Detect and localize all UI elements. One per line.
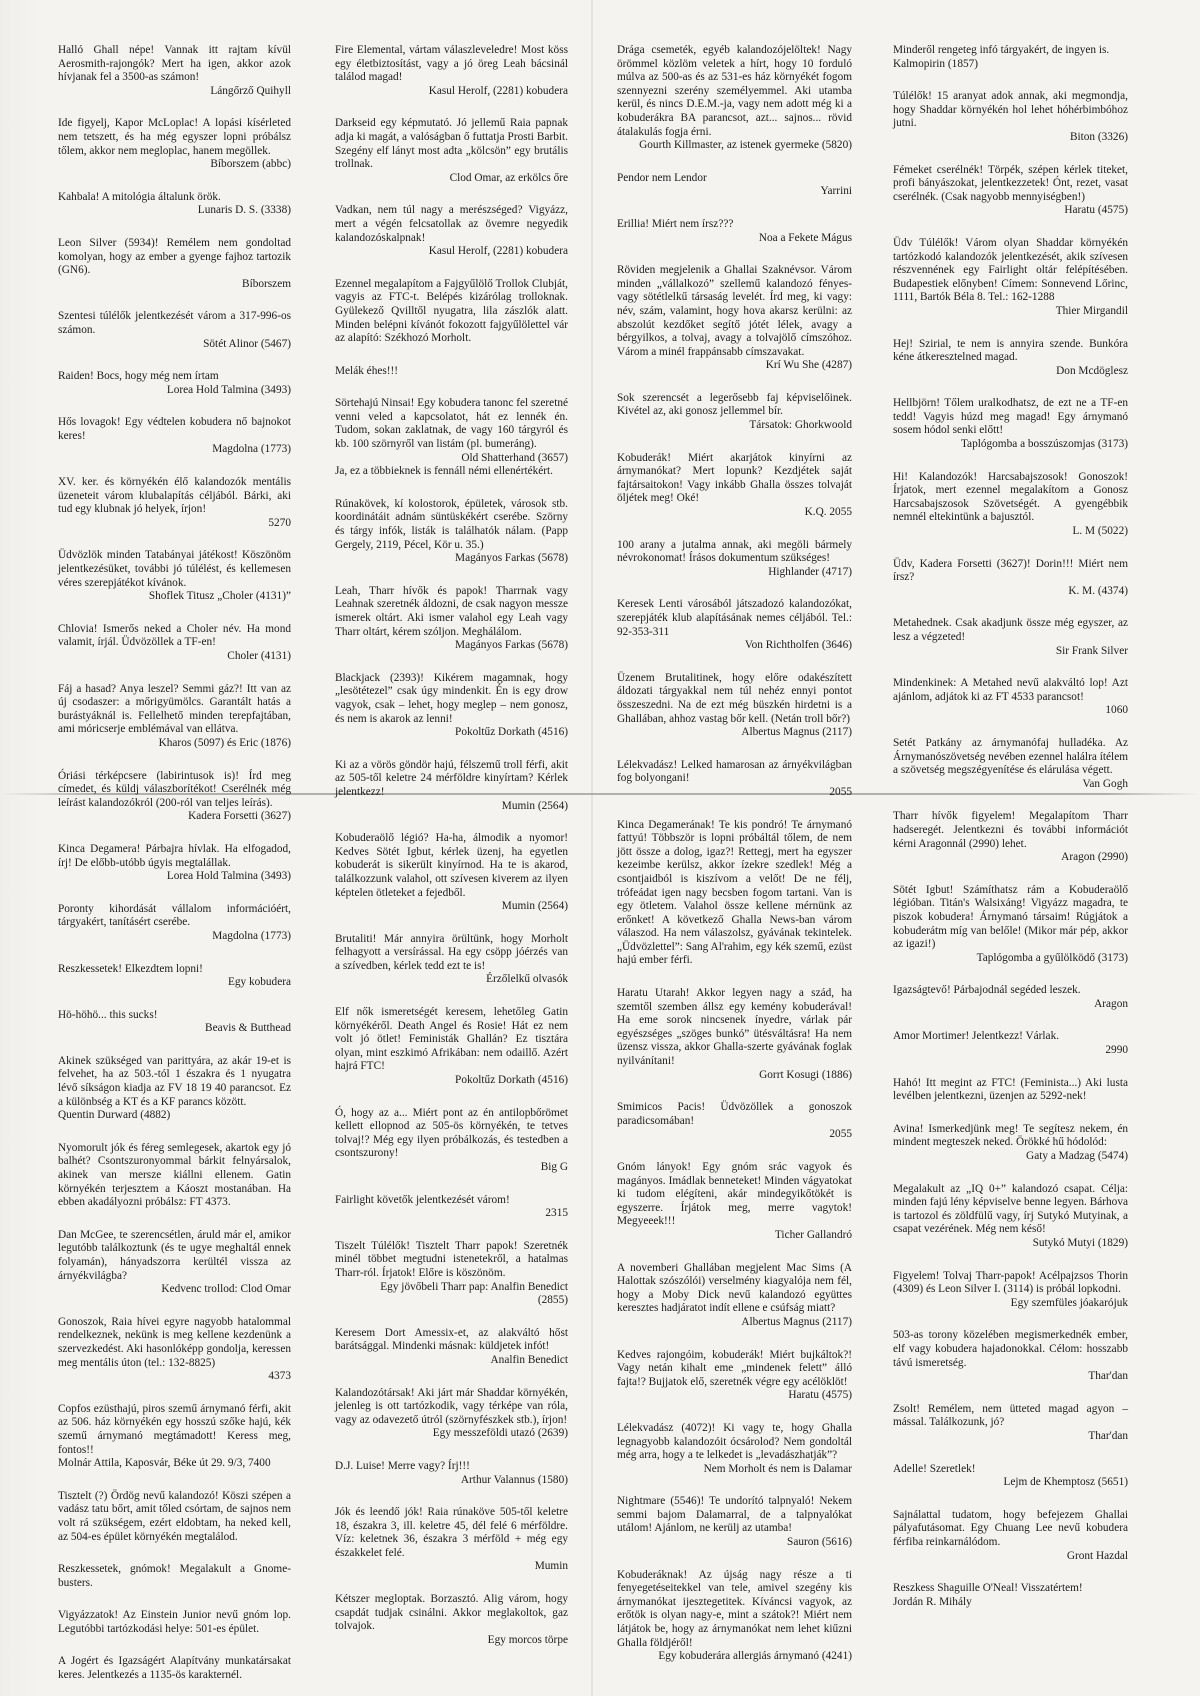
classified-ad: Fáj a hasad? Anya leszel? Semmi gáz?! It… <box>58 683 291 751</box>
ad-text: Amor Mortimer! Jelentkezz! Várlak. <box>893 1030 1128 1044</box>
ad-text: Tisztelt (?) Ördög nevű kalandozó! Köszi… <box>58 1490 291 1544</box>
ad-text: Minderől rengeteg infó tárgyakért, de in… <box>893 44 1128 58</box>
classified-ad: Kahbala! A mitológia általunk örök.Lunar… <box>58 191 291 218</box>
ad-signature: Lorea Hold Talmina (3493) <box>58 870 291 884</box>
classified-ad: Ó, hogy az a... Miért pont az én antilop… <box>335 1107 568 1175</box>
ad-signature: 2055 <box>617 786 852 800</box>
ad-text: Halló Ghall népe! Vannak itt rajtam kívü… <box>58 44 291 85</box>
classified-ad: Figyelem! Tolvaj Tharr-papok! Acélpajzso… <box>893 1270 1128 1311</box>
ad-text: D.J. Luise! Merre vagy? Írj!!! <box>335 1460 568 1474</box>
classified-ad: Reszkess Shaguille O'Neal! Visszatértem!… <box>893 1582 1128 1609</box>
ad-signature: Aragon (2990) <box>893 851 1128 865</box>
ad-signature: Pokoltűz Dorkath (4516) <box>335 1074 568 1088</box>
classified-ad: Ezennel megalapítom a Fajgyűlölő Trollok… <box>335 278 568 346</box>
ad-signature: Thar'dan <box>893 1430 1128 1444</box>
ad-text: Hi! Kalandozók! Harcsabajszosok! Gonoszo… <box>893 471 1128 525</box>
classified-ad: Üzenem Brutalitinek, hogy előre odakészí… <box>617 672 852 740</box>
fold-line-vertical <box>591 0 593 1696</box>
classified-ad: Metahednek. Csak akadjunk össze még egys… <box>893 617 1128 658</box>
ad-text: Nightmare (5546)! Te undorító talpnyaló!… <box>617 1495 852 1536</box>
ad-text: XV. ker. és környékén élő kalandozók men… <box>58 476 291 517</box>
classified-ad: Haratu Utarah! Akkor legyen nagy a szád,… <box>617 987 852 1082</box>
ad-signature: Taplógomba a bosszúszomjas (3173) <box>893 438 1128 452</box>
ad-signature: Lejm de Khemptosz (5651) <box>893 1476 1128 1490</box>
ad-text: Jók és leendő jók! Raia rúnaköve 505-től… <box>335 1506 568 1560</box>
classified-ad: Gonoszok, Raia hívei egyre nagyobb hatal… <box>58 1316 291 1384</box>
ad-text: Drága csemeték, egyéb kalandozójelöltek!… <box>617 44 852 139</box>
ad-signature: Yarrini <box>617 185 852 199</box>
ad-signature: Kadera Forsetti (3627) <box>58 810 291 824</box>
ad-text: Kinca Degamera! Párbajra hívlak. Ha elfo… <box>58 843 291 870</box>
ad-signature: Shoflek Titusz „Choler (4131)” <box>58 590 291 604</box>
ad-signature: Clod Omar, az erkölcs őre <box>335 172 568 186</box>
ad-text: Kalandozótársak! Aki járt már Shaddar kö… <box>335 1387 568 1428</box>
ad-signature: Don Mcdöglesz <box>893 365 1128 379</box>
ad-text: Röviden megjelenik a Ghallai Szaknévsor.… <box>617 264 852 359</box>
ad-signature: 2055 <box>617 1128 852 1142</box>
ad-text: Üdv Túlélők! Várom olyan Shaddar környék… <box>893 237 1128 305</box>
classified-ad: Hős lovagok! Egy védtelen kobudera nő ba… <box>58 416 291 457</box>
ad-text: Vigyázzatok! Az Einstein Junior nevű gnó… <box>58 1609 291 1636</box>
ad-text: Igazságtevő! Párbajodnál segéded leszek. <box>893 984 1128 998</box>
ad-text: Fire Elemental, vártam válaszleveledre! … <box>335 44 568 85</box>
classified-ad: Igazságtevő! Párbajodnál segéded leszek.… <box>893 984 1128 1011</box>
classified-ad: Nyomorult jók és féreg semlegesek, akart… <box>58 1142 291 1210</box>
ad-signature: Egy kobuderára allergiás árnymanó (4241) <box>617 1650 852 1664</box>
classified-ad: Erillia! Miért nem írsz???Noa a Fekete M… <box>617 218 852 245</box>
classified-ad: Sajnálattal tudatom, hogy befejezem Ghal… <box>893 1509 1128 1563</box>
ad-signature: Sauron (5616) <box>617 1536 852 1550</box>
ad-signature: Sötét Alinor (5467) <box>58 338 291 352</box>
ad-signature: K. M. (4374) <box>893 585 1128 599</box>
classified-ad: Sörtehajú Ninsai! Egy kobudera tanonc fe… <box>335 397 568 479</box>
ad-text: Sötét Igbut! Számíthatsz rám a Kobuderaö… <box>893 884 1128 952</box>
ad-text: Brutaliti! Már annyira örültünk, hogy Mo… <box>335 933 568 974</box>
ad-signature: Egy morcos törpe <box>335 1634 568 1648</box>
column-2: Fire Elemental, vártam válaszleveledre! … <box>335 44 568 1666</box>
ad-text: Copfos ezüsthajú, piros szemű árnymanó f… <box>58 1403 291 1457</box>
classified-ad: Jók és leendő jók! Raia rúnaköve 505-től… <box>335 1506 568 1574</box>
ad-signature: Kharos (5097) és Eric (1876) <box>58 737 291 751</box>
classified-ad: Pendor nem LendorYarrini <box>617 172 852 199</box>
ad-text: A novemberi Ghallában megjelent Mac Sims… <box>617 1262 852 1316</box>
ad-text: Haratu Utarah! Akkor legyen nagy a szád,… <box>617 987 852 1069</box>
column-3: Drága csemeték, egyéb kalandozójelöltek!… <box>617 44 852 1683</box>
ad-text: Keresem Dort Amessix-et, az alakváltó hő… <box>335 1327 568 1354</box>
classified-ad: Hej! Szirial, te nem is annyira szende. … <box>893 338 1128 379</box>
ad-text: Rúnakövek, kí kolostorok, épületek, váro… <box>335 498 568 552</box>
ad-text: Hős lovagok! Egy védtelen kobudera nő ba… <box>58 416 291 443</box>
column-1: Halló Ghall népe! Vannak itt rajtam kívü… <box>58 44 291 1696</box>
classified-ad: Sötét Igbut! Számíthatsz rám a Kobuderaö… <box>893 884 1128 966</box>
ad-signature: L. M (5022) <box>893 525 1128 539</box>
ad-signature: 4373 <box>58 1370 291 1384</box>
classified-ad: 100 arany a jutalma annak, aki megöli bá… <box>617 539 852 580</box>
classified-ad: Tiszelt Túlélők! Tisztelt Tharr papok! S… <box>335 1240 568 1308</box>
ad-text: Raiden! Bocs, hogy még nem írtam <box>58 370 291 384</box>
ad-signature: 2315 <box>335 1207 568 1221</box>
classified-ad: Üdv Túlélők! Várom olyan Shaddar környék… <box>893 237 1128 319</box>
classified-ad: Kétszer megloptak. Borzasztó. Alig várom… <box>335 1593 568 1647</box>
ad-signature: Érzőlelkű olvasók <box>335 973 568 987</box>
classified-ad: Leah, Tharr hívők és papok! Tharrnak vag… <box>335 585 568 653</box>
ad-text: Szentesi túlélők jelentkezését várom a 3… <box>58 310 291 337</box>
ad-text: Sok szerencsét a legerősebb faj képvisel… <box>617 392 852 419</box>
classified-ad: Kinca Degamerának! Te kis pondró! Te árn… <box>617 819 852 969</box>
ad-text: Setét Patkány az árnymanófaj hulladéka. … <box>893 737 1128 778</box>
classified-ad: Smimicos Pacis! Üdvözöllek a gonoszok pa… <box>617 1101 852 1142</box>
ad-signature: Gourth Killmaster, az istenek gyermeke (… <box>617 139 852 153</box>
ad-text: Megalakult az „IQ 0+” kalandozó csapat. … <box>893 1183 1128 1237</box>
ad-text: Adelle! Szeretlek! <box>893 1463 1128 1477</box>
ad-signature: 2990 <box>893 1044 1128 1058</box>
ad-signature: Jordán R. Mihály <box>893 1596 1128 1610</box>
ad-signature: Mumin <box>335 1560 568 1574</box>
classified-ad: Avina! Ismerkedjünk meg! Te segítesz nek… <box>893 1123 1128 1164</box>
classified-ad: Rúnakövek, kí kolostorok, épületek, váro… <box>335 498 568 566</box>
classified-ad: Lélekvadász (4072)! Ki vagy te, hogy Gha… <box>617 1422 852 1476</box>
ad-signature: Beavis & Butthead <box>58 1022 291 1036</box>
ad-signature: Egy jövőbeli Tharr pap: Analfin Benedict… <box>335 1281 568 1308</box>
ad-postscript: Ja, ez a többieknek is fennáll némi elle… <box>335 465 568 479</box>
ad-signature: Kasul Herolf, (2281) kobudera <box>335 85 568 99</box>
classified-ad: Minderől rengeteg infó tárgyakért, de in… <box>893 44 1128 71</box>
ad-text: Metahednek. Csak akadjunk össze még egys… <box>893 617 1128 644</box>
classified-ad: Hellbjörn! Tőlem uralkodhatsz, de ezt ne… <box>893 397 1128 451</box>
ad-signature: Nem Morholt és nem is Dalamar <box>617 1463 852 1477</box>
classified-ad: Fémeket cserélnék! Törpék, szépen kérlek… <box>893 164 1128 218</box>
classified-ad: Túlélők! 15 aranyat adok annak, aki megm… <box>893 90 1128 144</box>
ad-text: Keresek Lenti városából játszadozó kalan… <box>617 598 852 639</box>
classified-ad: Üdv, Kadera Forsetti (3627)! Dorin!!! Mi… <box>893 558 1128 599</box>
ad-text: A Jogért és Igazságért Alapítvány munkat… <box>58 1655 291 1682</box>
ad-text: Lélekvadász (4072)! Ki vagy te, hogy Gha… <box>617 1422 852 1463</box>
ad-signature: Gaty a Madzag (5474) <box>893 1150 1128 1164</box>
ad-signature: 5270 <box>58 517 291 531</box>
classified-ad: Kobuderáknak! Az újság nagy része a ti f… <box>617 1569 852 1664</box>
ad-text: Tiszelt Túlélők! Tisztelt Tharr papok! S… <box>335 1240 568 1281</box>
ad-text: Reszkess Shaguille O'Neal! Visszatértem! <box>893 1582 1128 1596</box>
classified-ad: Kalandozótársak! Aki járt már Shaddar kö… <box>335 1387 568 1441</box>
classified-ad: Lélekvadász! Lelked hamarosan az árnyékv… <box>617 759 852 800</box>
ad-text: Melák éhes!!! <box>335 365 568 379</box>
classified-ad: D.J. Luise! Merre vagy? Írj!!!Arthur Val… <box>335 1460 568 1487</box>
ad-signature: Kasul Herolf, (2281) kobudera <box>335 245 568 259</box>
ad-text: Kobuderáknak! Az újság nagy része a ti f… <box>617 1569 852 1651</box>
ad-signature: Big G <box>335 1161 568 1175</box>
ad-signature: K.Q. 2055 <box>617 506 852 520</box>
classified-ad: Zsolt! Remélem, nem ütteted magad agyon … <box>893 1403 1128 1444</box>
ad-text: Chlovia! Ismerős neked a Choler név. Ha … <box>58 623 291 650</box>
ad-text: Porontу kihordását vállalom információér… <box>58 903 291 930</box>
classified-ad: Kobuderaölő légió? Ha-ha, álmodik a nyom… <box>335 832 568 914</box>
ad-text: Smimicos Pacis! Üdvözöllek a gonoszok pa… <box>617 1101 852 1128</box>
ad-text: 100 arany a jutalma annak, aki megöli bá… <box>617 539 852 566</box>
classified-ad: Brutaliti! Már annyira örültünk, hogy Mo… <box>335 933 568 987</box>
ad-text: Darkseid egy képmutató. Jó jellemű Raia … <box>335 117 568 171</box>
ad-signature: Lorea Hold Talmina (3493) <box>58 384 291 398</box>
ad-text: Kobuderák! Miért akarjátok kinyírni az á… <box>617 452 852 506</box>
ad-text: Fáj a hasad? Anya leszel? Semmi gáz?! It… <box>58 683 291 737</box>
classified-ad: Hi! Kalandozók! Harcsabajszosok! Gonoszo… <box>893 471 1128 539</box>
ad-text: Blackjack (2393)! Kikérem magamnak, hogy… <box>335 672 568 726</box>
ad-signature: Lángőrző Quihyll <box>58 85 291 99</box>
ad-signature: Magányos Farkas (5678) <box>335 552 568 566</box>
classified-ad: Chlovia! Ismerős neked a Choler név. Ha … <box>58 623 291 664</box>
ad-signature: Bíborszem (abbc) <box>58 158 291 172</box>
classified-ad: Hahó! Itt megint az FTC! (Feminista...) … <box>893 1077 1128 1104</box>
ad-signature: Egy messzeföldi utazó (2639) <box>335 1427 568 1441</box>
ad-text: Dan McGee, te szerencsétlen, áruld már e… <box>58 1229 291 1283</box>
classified-ad: Fairlight követők jelentkezését várom!23… <box>335 1194 568 1221</box>
ad-text: Reszkessetek, gnómok! Megalakult a Gnome… <box>58 1563 291 1590</box>
classified-ad: Halló Ghall népe! Vannak itt rajtam kívü… <box>58 44 291 98</box>
ad-text: Ki az a vörös göndör hajú, félszemű trol… <box>335 759 568 800</box>
ad-signature: Old Shatterhand (3657) <box>335 452 568 466</box>
ad-signature: Van Gogh <box>893 778 1128 792</box>
ad-text: Ó, hogy az a... Miért pont az én antilop… <box>335 1107 568 1161</box>
classified-ad: A novemberi Ghallában megjelent Mac Sims… <box>617 1262 852 1330</box>
classified-ad: Keresek Lenti városából játszadozó kalan… <box>617 598 852 652</box>
classified-ad: Elf nők ismeretségét keresem, lehetőleg … <box>335 1006 568 1088</box>
ad-signature: Sir Frank Silver <box>893 645 1128 659</box>
ad-signature: Magányos Farkas (5678) <box>335 639 568 653</box>
ad-text: Zsolt! Remélem, nem ütteted magad agyon … <box>893 1403 1128 1430</box>
ad-text: Fairlight követők jelentkezését várom! <box>335 1194 568 1208</box>
classified-ad: Porontу kihordását vállalom információér… <box>58 903 291 944</box>
ad-text: Nyomorult jók és féreg semlegesek, akart… <box>58 1142 291 1210</box>
ad-signature: Kalmopirin (1857) <box>893 58 1128 72</box>
ad-signature: Molnár Attila, Kaposvár, Béke út 29. 9/3… <box>58 1457 291 1471</box>
ad-text: Sajnálattal tudatom, hogy befejezem Ghal… <box>893 1509 1128 1550</box>
classified-ad: Raiden! Bocs, hogy még nem írtamLorea Ho… <box>58 370 291 397</box>
classified-ad: 503-as torony közelében megismerkednék e… <box>893 1329 1128 1383</box>
ad-text: Elf nők ismeretségét keresem, lehetőleg … <box>335 1006 568 1074</box>
ad-signature: Von Richtholfen (3646) <box>617 639 852 653</box>
ad-text: Ide figyelj, Kapor McLoplac! A lopási kí… <box>58 117 291 158</box>
classified-ad: Fire Elemental, vártam válaszleveledre! … <box>335 44 568 98</box>
classified-ad: Nightmare (5546)! Te undorító talpnyaló!… <box>617 1495 852 1549</box>
ad-text: Túlélők! 15 aranyat adok annak, aki megm… <box>893 90 1128 131</box>
classified-ad: Akinek szükséged van parittyára, az akár… <box>58 1055 291 1123</box>
ad-signature: Quentin Durward (4882) <box>58 1109 291 1123</box>
ad-signature: Bíborszem <box>58 278 291 292</box>
ad-signature: Haratu (4575) <box>893 204 1128 218</box>
classified-ad: Melák éhes!!! <box>335 365 568 379</box>
ad-signature: Taplógomba a gyűlölködő (3173) <box>893 952 1128 966</box>
classified-ad: Darkseid egy képmutató. Jó jellemű Raia … <box>335 117 568 185</box>
ad-signature: Albertus Magnus (2117) <box>617 726 852 740</box>
classified-ad: Tharr hívők figyelem! Megalapítom Tharr … <box>893 810 1128 864</box>
classified-ad: Kedves rajongóim, kobuderák! Miért bujká… <box>617 1349 852 1403</box>
classified-ad: Röviden megjelenik a Ghallai Szaknévsor.… <box>617 264 852 373</box>
ad-signature: Haratu (4575) <box>617 1389 852 1403</box>
ad-text: Reszkessetek! Elkezdtem lopni! <box>58 963 291 977</box>
ad-text: Hahó! Itt megint az FTC! (Feminista...) … <box>893 1077 1128 1104</box>
ad-signature: Biton (3326) <box>893 131 1128 145</box>
ad-text: Mindenkinek: A Metahed nevű alakváltó lo… <box>893 677 1128 704</box>
ad-signature: Albertus Magnus (2117) <box>617 1316 852 1330</box>
classified-ad: Setét Patkány az árnymanófaj hulladéka. … <box>893 737 1128 791</box>
ad-signature: Egy szemfüles jóakarójuk <box>893 1297 1128 1311</box>
classified-ad: Leon Silver (5934)! Remélem nem gondolta… <box>58 237 291 291</box>
ad-text: Lélekvadász! Lelked hamarosan az árnyékv… <box>617 759 852 786</box>
column-4: Minderől rengeteg infó tárgyakért, de in… <box>893 44 1128 1628</box>
ad-text: Üzenem Brutalitinek, hogy előre odakészí… <box>617 672 852 726</box>
classified-ad: Amor Mortimer! Jelentkezz! Várlak.2990 <box>893 1030 1128 1057</box>
classified-ad: Hö-höhö... this sucks!Beavis & Butthead <box>58 1009 291 1036</box>
classified-ad: Szentesi túlélők jelentkezését várom a 3… <box>58 310 291 351</box>
ad-signature: Aragon <box>893 998 1128 1012</box>
ad-text: Hej! Szirial, te nem is annyira szende. … <box>893 338 1128 365</box>
ad-text: Erillia! Miért nem írsz??? <box>617 218 852 232</box>
classified-ad: Gnóm lányok! Egy gnóm srác vagyok és mag… <box>617 1161 852 1243</box>
ad-signature: Sutykó Mutyi (1829) <box>893 1237 1128 1251</box>
ad-text: Kedves rajongóim, kobuderák! Miért bujká… <box>617 1349 852 1390</box>
ad-signature: Mumin (2564) <box>335 800 568 814</box>
ad-text: Üdv, Kadera Forsetti (3627)! Dorin!!! Mi… <box>893 558 1128 585</box>
ad-signature: Highlander (4717) <box>617 566 852 580</box>
ad-text: 503-as torony közelében megismerkednék e… <box>893 1329 1128 1370</box>
classified-ad: Blackjack (2393)! Kikérem magamnak, hogy… <box>335 672 568 740</box>
ad-signature: Magdolna (1773) <box>58 443 291 457</box>
ad-signature: Noa a Fekete Mágus <box>617 232 852 246</box>
ad-text: Fémeket cserélnék! Törpék, szépen kérlek… <box>893 164 1128 205</box>
ad-signature: Thar'dan <box>893 1370 1128 1384</box>
ad-text: Vadkan, nem túl nagy a merészséged? Vigy… <box>335 204 568 245</box>
ad-text: Sörtehajú Ninsai! Egy kobudera tanonc fe… <box>335 397 568 451</box>
classified-ad: Üdvözlök minden Tatabányai játékost! Kös… <box>58 549 291 603</box>
ad-text: Kétszer megloptak. Borzasztó. Alig várom… <box>335 1593 568 1634</box>
classified-ad: Vadkan, nem túl nagy a merészséged? Vigy… <box>335 204 568 258</box>
ad-signature: Ticher Gallandró <box>617 1229 852 1243</box>
ad-text: Hö-höhö... this sucks! <box>58 1009 291 1023</box>
ad-text: Leah, Tharr hívők és papok! Tharrnak vag… <box>335 585 568 639</box>
classified-ad: Kobuderák! Miért akarjátok kinyírni az á… <box>617 452 852 520</box>
classified-ad: Drága csemeték, egyéb kalandozójelöltek!… <box>617 44 852 153</box>
classified-ad: Mindenkinek: A Metahed nevű alakváltó lo… <box>893 677 1128 718</box>
ad-text: Óriási térképcsere (labirintusok is)! Ír… <box>58 770 291 811</box>
ad-signature: Pokoltűz Dorkath (4516) <box>335 726 568 740</box>
classified-ad: Kinca Degamera! Párbajra hívlak. Ha elfo… <box>58 843 291 884</box>
ad-signature: Társatok: Ghorkwoold <box>617 419 852 433</box>
ad-signature: Gront Hazdal <box>893 1550 1128 1564</box>
ad-text: Akinek szükséged van parittyára, az akár… <box>58 1055 291 1109</box>
ad-signature: Arthur Valannus (1580) <box>335 1474 568 1488</box>
classified-ad: Megalakult az „IQ 0+” kalandozó csapat. … <box>893 1183 1128 1251</box>
classified-ad: A Jogért és Igazságért Alapítvány munkat… <box>58 1655 291 1682</box>
ad-signature: 1060 <box>893 704 1128 718</box>
ad-text: Gonoszok, Raia hívei egyre nagyobb hatal… <box>58 1316 291 1370</box>
ad-signature: Mumin (2564) <box>335 900 568 914</box>
ad-signature: Egy kobudera <box>58 976 291 990</box>
classified-ad: Reszkessetek, gnómok! Megalakult a Gnome… <box>58 1563 291 1590</box>
ad-signature: Choler (4131) <box>58 650 291 664</box>
ad-signature: Magdolna (1773) <box>58 930 291 944</box>
ad-text: Avina! Ismerkedjünk meg! Te segítesz nek… <box>893 1123 1128 1150</box>
classified-ad: Tisztelt (?) Ördög nevű kalandozó! Köszi… <box>58 1490 291 1544</box>
ad-text: Kahbala! A mitológia általunk örök. <box>58 191 291 205</box>
classified-ad: XV. ker. és környékén élő kalandozók men… <box>58 476 291 530</box>
classified-ad: Ide figyelj, Kapor McLoplac! A lopási kí… <box>58 117 291 171</box>
ad-signature: Krí Wu She (4287) <box>617 359 852 373</box>
ad-signature: Kedvenc trollod: Clod Omar <box>58 1283 291 1297</box>
ad-text: Pendor nem Lendor <box>617 172 852 186</box>
classified-ad: Vigyázzatok! Az Einstein Junior nevű gnó… <box>58 1609 291 1636</box>
ad-text: Tharr hívők figyelem! Megalapítom Tharr … <box>893 810 1128 851</box>
ad-signature: Analfin Benedict <box>335 1354 568 1368</box>
classified-ad: Keresem Dort Amessix-et, az alakváltó hő… <box>335 1327 568 1368</box>
classified-ad: Adelle! Szeretlek!Lejm de Khemptosz (565… <box>893 1463 1128 1490</box>
ad-text: Hellbjörn! Tőlem uralkodhatsz, de ezt ne… <box>893 397 1128 438</box>
classified-ad: Copfos ezüsthajú, piros szemű árnymanó f… <box>58 1403 291 1471</box>
ad-signature: Thier Mirgandil <box>893 305 1128 319</box>
classified-ad: Ki az a vörös göndör hajú, félszemű trol… <box>335 759 568 813</box>
classified-ad: Óriási térképcsere (labirintusok is)! Ír… <box>58 770 291 824</box>
ad-signature: Gorrt Kosugi (1886) <box>617 1069 852 1083</box>
ad-text: Figyelem! Tolvaj Tharr-papok! Acélpajzso… <box>893 1270 1128 1297</box>
classified-ad: Sok szerencsét a legerősebb faj képvisel… <box>617 392 852 433</box>
ad-text: Kinca Degamerának! Te kis pondró! Te árn… <box>617 819 852 969</box>
ad-text: Üdvözlök minden Tatabányai játékost! Kös… <box>58 549 291 590</box>
ad-text: Leon Silver (5934)! Remélem nem gondolta… <box>58 237 291 278</box>
ad-text: Gnóm lányok! Egy gnóm srác vagyok és mag… <box>617 1161 852 1229</box>
ad-text: Ezennel megalapítom a Fajgyűlölő Trollok… <box>335 278 568 346</box>
classified-ad: Reszkessetek! Elkezdtem lopni!Egy kobude… <box>58 963 291 990</box>
ad-text: Kobuderaölő légió? Ha-ha, álmodik a nyom… <box>335 832 568 900</box>
ad-signature: Lunaris D. S. (3338) <box>58 204 291 218</box>
newspaper-page: Halló Ghall népe! Vannak itt rajtam kívü… <box>0 0 1200 1696</box>
classified-ad: Dan McGee, te szerencsétlen, áruld már e… <box>58 1229 291 1297</box>
